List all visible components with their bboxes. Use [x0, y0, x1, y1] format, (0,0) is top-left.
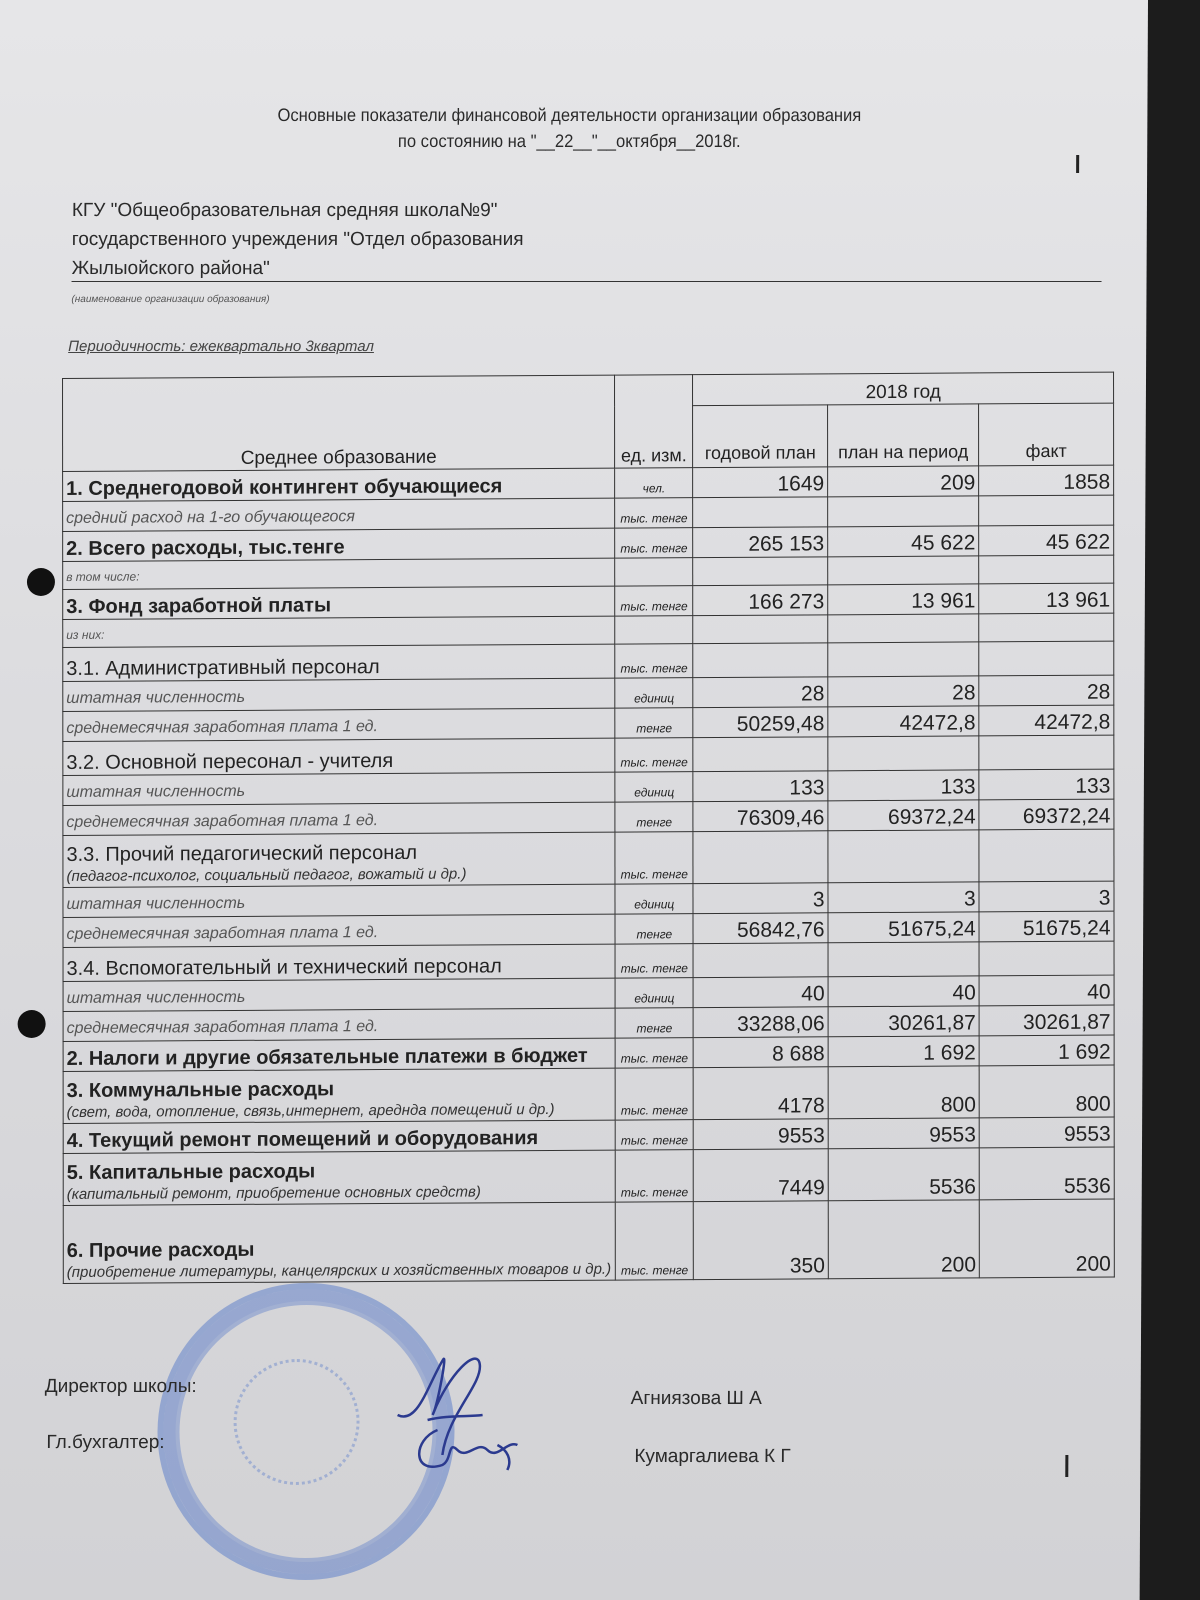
cell-plan: 133	[693, 771, 828, 802]
accountant-label: Гл.бухгалтер:	[46, 1432, 164, 1454]
row-unit: тенге	[615, 802, 693, 832]
cell-fact: 13 961	[979, 583, 1114, 614]
row-unit: тыс. тенге	[615, 1068, 693, 1120]
cell-plan	[693, 831, 828, 884]
cell-period	[828, 736, 979, 771]
director-label: Директор школы:	[45, 1376, 197, 1398]
header-period-plan: план на период	[828, 404, 979, 467]
row-label: 2. Всего расходы, тыс.тенге	[63, 528, 615, 561]
row-label: 3.3. Прочий педагогический персонал(педа…	[63, 832, 615, 887]
cell-plan: 8 688	[693, 1037, 828, 1068]
table-row: 3. Коммунальные расходы(свет, вода, отоп…	[63, 1065, 1114, 1123]
row-label: 1. Среднегодовой контингент обучающиеся	[63, 468, 615, 501]
cell-plan	[693, 615, 828, 644]
org-caption: (наименование организации образования)	[71, 285, 1101, 314]
cell-period	[828, 830, 979, 883]
cell-period	[828, 942, 979, 977]
row-label: 2. Налоги и другие обязательные платежи …	[63, 1038, 615, 1071]
cell-fact: 133	[979, 769, 1114, 800]
cell-period: 13 961	[828, 584, 979, 615]
row-label: штатная численность	[63, 884, 615, 917]
cell-period: 45 622	[828, 526, 979, 557]
cell-period	[828, 496, 979, 527]
cell-plan: 56842,76	[693, 913, 828, 944]
row-unit: тыс. тенге	[615, 1150, 693, 1202]
row-unit: тыс. тенге	[615, 1120, 693, 1150]
cell-plan	[693, 737, 828, 772]
cell-plan: 1649	[693, 467, 828, 498]
cell-plan: 350	[694, 1201, 829, 1280]
row-note: (свет, вода, отопление, связь,интернет, …	[67, 1100, 612, 1123]
cell-period: 3	[828, 882, 979, 913]
cell-fact: 40	[979, 975, 1114, 1006]
row-label: 4. Текущий ремонт помещений и оборудован…	[63, 1120, 615, 1153]
cell-period	[828, 642, 979, 677]
row-unit: тыс. тенге	[615, 738, 693, 772]
cell-period: 40	[828, 976, 979, 1007]
pen-mark	[1065, 1455, 1068, 1477]
row-unit: тыс. тенге	[615, 498, 693, 528]
row-unit: чел.	[615, 468, 693, 498]
periodicity: Периодичность: ежеквартально 3квартал	[68, 338, 374, 355]
row-unit	[615, 558, 693, 586]
punch-hole	[27, 568, 55, 596]
cell-plan: 7449	[694, 1149, 829, 1202]
cell-fact: 1 692	[979, 1035, 1114, 1066]
row-unit	[615, 616, 693, 644]
header-annual-plan: годовой план	[693, 405, 828, 468]
cell-fact: 200	[979, 1199, 1114, 1278]
row-unit: тыс. тенге	[615, 944, 693, 978]
cell-period: 30261,87	[828, 1006, 979, 1037]
document-page: Основные показатели финансовой деятельно…	[0, 0, 1148, 1600]
cell-plan: 265 153	[693, 527, 828, 558]
row-label: штатная численность	[63, 678, 615, 711]
row-label: среднемесячная заработная плата 1 ед.	[63, 914, 615, 947]
title-line-1: Основные показатели финансовой деятельно…	[183, 102, 956, 128]
row-label: средний расход на 1-го обучающегося	[63, 498, 615, 531]
cell-period: 209	[828, 466, 979, 497]
row-unit: единиц	[615, 884, 693, 914]
cell-period: 5536	[828, 1148, 979, 1201]
cell-period	[828, 614, 979, 643]
cell-plan	[693, 643, 828, 678]
cell-period	[828, 556, 979, 585]
row-unit: единиц	[615, 978, 693, 1008]
cell-plan	[693, 497, 828, 528]
row-unit: тыс. тенге	[615, 644, 693, 678]
cell-fact	[979, 829, 1114, 882]
cell-period: 28	[828, 676, 979, 707]
header-category: Среднее образование	[63, 375, 615, 471]
cell-fact: 9553	[979, 1117, 1114, 1148]
row-label: среднемесячная заработная плата 1 ед.	[63, 802, 615, 835]
row-unit: тыс. тенге	[615, 1202, 693, 1280]
row-unit: тенге	[615, 914, 693, 944]
header-year: 2018 год	[693, 372, 1114, 406]
cell-fact	[979, 941, 1114, 976]
cell-period: 1 692	[828, 1036, 979, 1067]
row-unit: тыс. тенге	[615, 528, 693, 558]
row-unit: тыс. тенге	[615, 1038, 693, 1068]
table-row: 3.3. Прочий педагогический персонал(педа…	[63, 829, 1114, 887]
cell-fact	[979, 613, 1114, 642]
cell-plan: 3	[693, 883, 828, 914]
row-label: 3.2. Основной пересонал - учителя	[63, 738, 615, 775]
cell-fact: 28	[979, 675, 1114, 706]
cell-fact	[979, 495, 1114, 526]
header-fact: факт	[979, 403, 1114, 466]
cell-plan: 40	[693, 977, 828, 1008]
cell-plan: 4178	[693, 1067, 828, 1120]
table-body: 1. Среднегодовой контингент обучающиесяч…	[63, 465, 1115, 1283]
row-label: из них:	[63, 616, 615, 647]
cell-period: 200	[828, 1200, 979, 1279]
row-note: (капитальный ремонт, приобретение основн…	[67, 1182, 612, 1205]
cell-fact	[979, 555, 1114, 584]
cell-plan: 9553	[694, 1119, 829, 1150]
table-row: 5. Капитальные расходы(капитальный ремон…	[63, 1147, 1114, 1205]
cell-period: 133	[828, 770, 979, 801]
cell-plan	[693, 943, 828, 978]
row-label: среднемесячная заработная плата 1 ед.	[63, 708, 615, 741]
row-unit: единиц	[615, 772, 693, 802]
cell-fact	[979, 641, 1114, 676]
header-unit: ед. изм.	[615, 375, 693, 468]
accountant-name: Кумаргалиева К Г	[634, 1446, 790, 1468]
cell-plan: 28	[693, 677, 828, 708]
row-label: 5. Капитальные расходы(капитальный ремон…	[63, 1150, 615, 1205]
cell-fact: 69372,24	[979, 799, 1114, 830]
row-unit: единиц	[615, 678, 693, 708]
cell-fact: 45 622	[979, 525, 1114, 556]
cell-fact: 800	[979, 1065, 1114, 1118]
director-name: Агниязова Ш А	[631, 1388, 762, 1410]
cell-period: 800	[828, 1066, 979, 1119]
cell-fact: 42472,8	[979, 705, 1114, 736]
cell-plan: 76309,46	[693, 801, 828, 832]
row-label: среднемесячная заработная плата 1 ед.	[63, 1008, 615, 1041]
row-unit: тенге	[615, 708, 693, 738]
accountant-signature	[407, 1420, 537, 1480]
cell-period: 51675,24	[828, 912, 979, 943]
row-note: (приобретение литературы, канцелярских и…	[67, 1260, 612, 1283]
cell-fact: 3	[979, 881, 1114, 912]
document-title: Основные показатели финансовой деятельно…	[183, 102, 956, 154]
org-line-2: государственного учреждения "Отдел образ…	[72, 225, 1102, 254]
cell-plan: 50259,48	[693, 707, 828, 738]
punch-hole	[18, 1010, 46, 1038]
table-row: 6. Прочие расходы(приобретение литератур…	[63, 1199, 1114, 1283]
cell-fact	[979, 735, 1114, 770]
cell-plan: 33288,06	[693, 1007, 828, 1038]
row-label: 3. Коммунальные расходы(свет, вода, отоп…	[63, 1068, 615, 1123]
row-unit: тыс. тенге	[615, 586, 693, 616]
title-line-2: по состоянию на "__22__"__октября__2018г…	[183, 128, 956, 154]
row-label: 3.1. Административный персонал	[63, 644, 615, 681]
row-note: (педагог-психолог, социальный педагог, в…	[66, 864, 611, 887]
cell-fact: 1858	[979, 465, 1114, 496]
row-label: 3.4. Вспомогательный и технический персо…	[63, 944, 615, 981]
org-line-3: Жылыойского района"	[72, 254, 1102, 283]
cell-plan	[693, 557, 828, 586]
stamp-emblem	[233, 1359, 360, 1485]
cell-plan: 166 273	[693, 585, 828, 616]
row-unit: тенге	[615, 1008, 693, 1038]
cell-period: 42472,8	[828, 706, 979, 737]
row-unit: тыс. тенге	[615, 832, 693, 884]
pen-mark	[1076, 155, 1079, 173]
cell-period: 9553	[828, 1118, 979, 1149]
row-label: штатная численность	[63, 978, 615, 1011]
cell-fact: 30261,87	[979, 1005, 1114, 1036]
cell-period: 69372,24	[828, 800, 979, 831]
financial-indicators-table: Среднее образование ед. изм. 2018 год го…	[62, 372, 1115, 1284]
row-label: 3. Фонд заработной платы	[63, 586, 615, 619]
row-label: штатная численность	[63, 772, 615, 805]
org-line-1: КГУ "Общеобразовательная средняя школа№9…	[72, 196, 1102, 225]
cell-fact: 51675,24	[979, 911, 1114, 942]
cell-fact: 5536	[979, 1147, 1114, 1200]
row-label: в том числе:	[63, 558, 615, 589]
organization-block: КГУ "Общеобразовательная средняя школа№9…	[71, 196, 1102, 314]
row-label: 6. Прочие расходы(приобретение литератур…	[63, 1202, 615, 1283]
